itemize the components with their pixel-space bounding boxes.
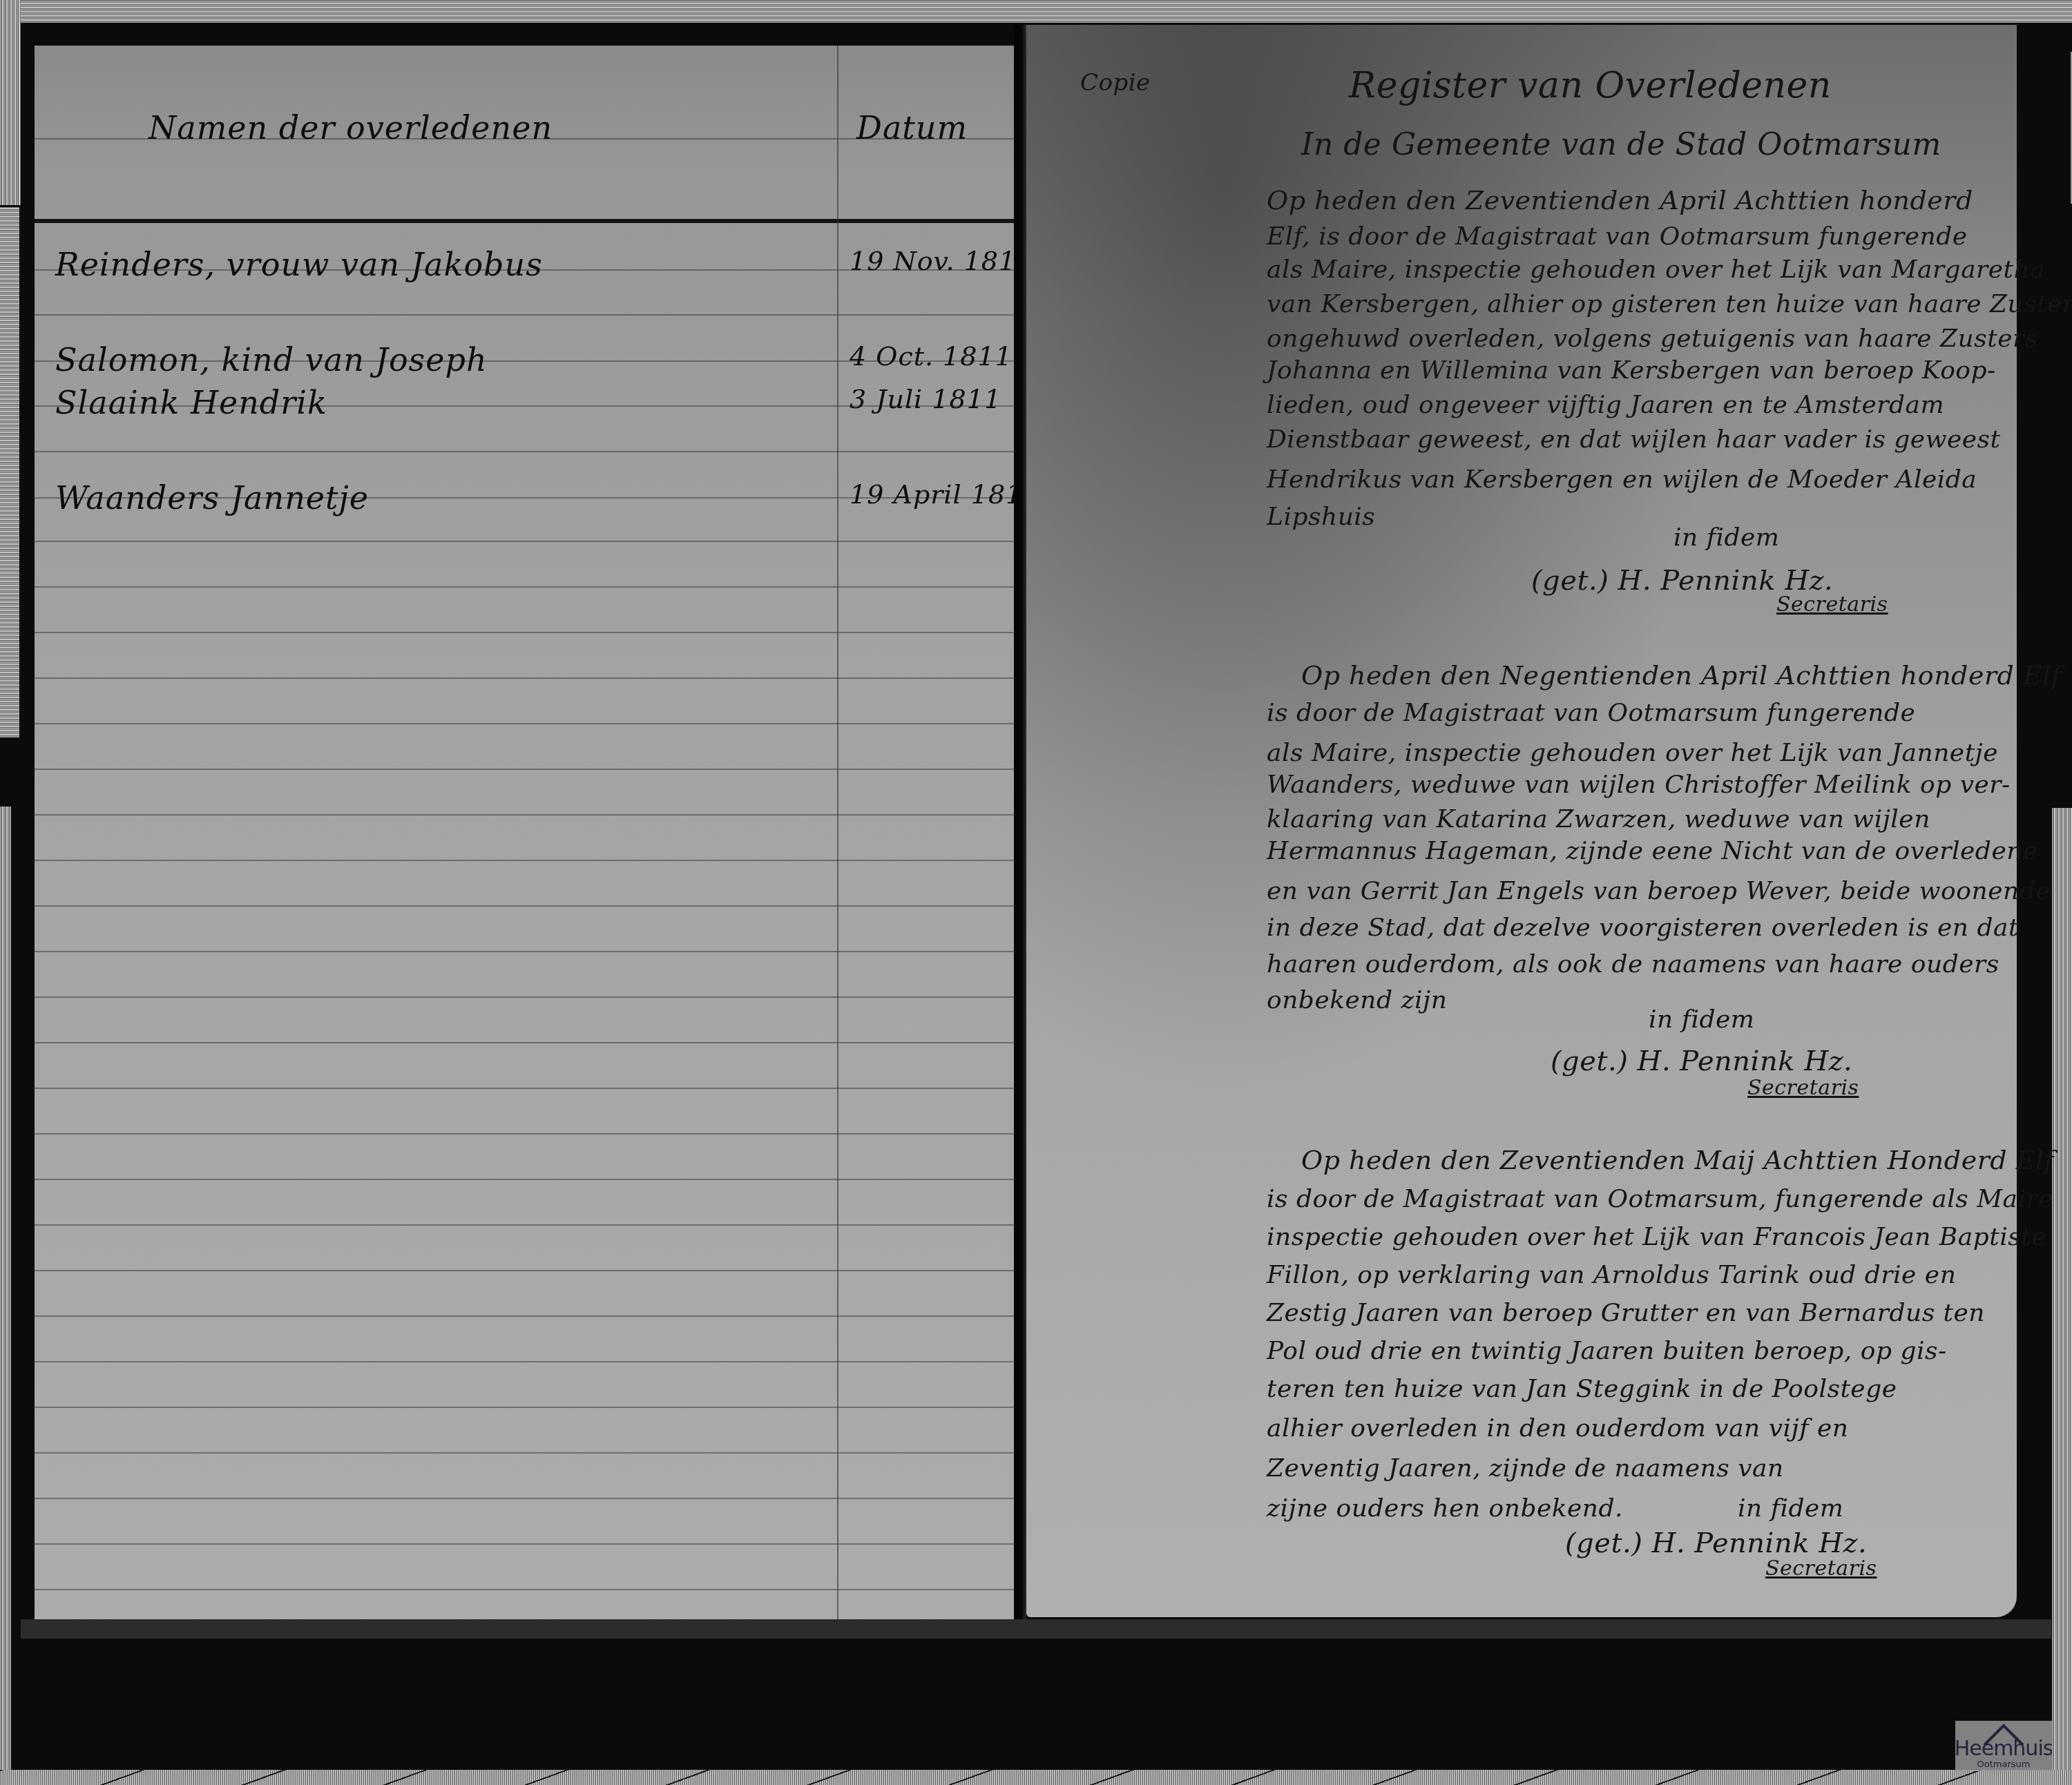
date-column-header: Datum xyxy=(856,109,968,146)
record-line: Lipshuis xyxy=(1267,503,1375,531)
ruled-line xyxy=(35,1361,1014,1362)
ruled-line xyxy=(35,1133,1014,1135)
record-line: Zeventig Jaaren, zijnde de naamens van xyxy=(1267,1454,1784,1483)
record-line: als Maire, inspectie gehouden over het L… xyxy=(1267,255,2045,284)
entry-date: 19 Nov. 1811 xyxy=(850,246,1033,276)
register-title: Register van Overledenen xyxy=(1349,65,1832,106)
scan-noise-right-lower xyxy=(2052,808,2072,1785)
scan-noise-left-upper xyxy=(0,0,21,205)
signature: (get.) H. Pennink Hz. xyxy=(1565,1527,1867,1559)
ruled-line xyxy=(35,905,1014,907)
record-line: teren ten huize van Jan Steggink in de P… xyxy=(1267,1375,1897,1403)
closing-formula: in fidem xyxy=(1673,523,1779,552)
ruled-line xyxy=(35,1224,1014,1226)
register-subtitle: In de Gemeente van de Stad Ootmarsum xyxy=(1301,127,1941,162)
record-line: en van Gerrit Jan Engels van beroep Weve… xyxy=(1267,877,2051,905)
header-separator xyxy=(35,219,1014,223)
scan-noise-bottom xyxy=(0,1770,2072,1785)
record-line: is door de Magistraat van Ootmarsum, fun… xyxy=(1267,1185,2053,1213)
ruled-line xyxy=(35,451,1014,452)
record-line: Dienstbaar geweest, en dat wijlen haar v… xyxy=(1267,425,2001,454)
record-line: Johanna en Willemina van Kersbergen van … xyxy=(1267,356,1996,385)
ruled-line xyxy=(35,860,1014,861)
record-line: zijne ouders hen onbekend. xyxy=(1267,1494,1623,1523)
ruled-line xyxy=(35,1270,1014,1271)
ruled-line xyxy=(35,1452,1014,1454)
ruled-line xyxy=(35,814,1014,816)
signature: (get.) H. Pennink Hz. xyxy=(1551,1045,1852,1077)
entry-name: Waanders Jannetje xyxy=(55,479,369,517)
ruled-line xyxy=(35,1543,1014,1545)
names-column-header: Namen der overledenen xyxy=(148,109,553,146)
ruled-line xyxy=(35,1407,1014,1408)
record-line: van Kersbergen, alhier op gisteren ten h… xyxy=(1267,290,2072,318)
ruled-line xyxy=(35,541,1014,542)
record-line: Pol oud drie en twintig Jaaren buiten be… xyxy=(1267,1337,1947,1365)
record-line: is door de Magistraat van Ootmarsum fung… xyxy=(1267,699,1915,727)
record-line: Op heden den Zeventienden April Achttien… xyxy=(1267,185,1973,215)
heemhuis-watermark: Heemhuis Ootmarsum xyxy=(1955,1721,2052,1771)
signature-title: Secretaris xyxy=(1765,1556,1877,1581)
ruled-line xyxy=(35,677,1014,679)
record-line: Fillon, op verklaring van Arnoldus Tarin… xyxy=(1267,1261,1956,1289)
ruled-line xyxy=(35,632,1014,633)
ruled-line xyxy=(35,1088,1014,1089)
entry-name: Salomon, kind van Joseph xyxy=(55,341,488,378)
ruled-line xyxy=(35,1498,1014,1499)
scan-noise-left-lower xyxy=(0,807,11,1785)
watermark-place: Ootmarsum xyxy=(1977,1759,2031,1770)
entry-date: 19 April 1811 xyxy=(850,479,1040,510)
ruled-line xyxy=(35,1042,1014,1043)
closing-formula: in fidem xyxy=(1649,1005,1754,1034)
page-shadow-band xyxy=(21,1619,2051,1639)
record-line: Op heden den Negentienden April Achttien… xyxy=(1301,660,2061,691)
record-line: inspectie gehouden over het Lijk van Fra… xyxy=(1267,1223,2046,1251)
record-line: onbekend zijn xyxy=(1267,986,1447,1014)
record-line: ongehuwd overleden, volgens getuigenis v… xyxy=(1267,325,2038,353)
margin-note: Copie xyxy=(1080,69,1151,97)
entry-date: 3 Juli 1811 xyxy=(850,384,1001,414)
record-line: Hermannus Hageman, zijnde eene Nicht van… xyxy=(1267,837,2038,865)
closing-formula: in fidem xyxy=(1738,1494,1843,1523)
record-line: haaren ouderdom, als ook de naamens van … xyxy=(1267,950,1999,978)
ruled-line xyxy=(35,586,1014,588)
ruled-line xyxy=(35,1315,1014,1317)
record-line: Elf, is door de Magistraat van Ootmarsum… xyxy=(1267,222,1968,251)
entry-date: 4 Oct. 1811 xyxy=(850,341,1013,372)
record-line: lieden, oud ongeveer vijftig Jaaren en t… xyxy=(1267,391,1944,419)
record-line: Op heden den Zeventienden Maij Achttien … xyxy=(1301,1145,2054,1175)
entry-name: Slaaink Hendrik xyxy=(55,384,327,421)
record-line: Hendrikus van Kersbergen en wijlen de Mo… xyxy=(1267,465,1977,494)
record-line: in deze Stad, dat dezelve voorgisteren o… xyxy=(1267,914,2019,942)
record-line: als Maire, inspectie gehouden over het L… xyxy=(1267,739,1998,767)
entry-name: Reinders, vrouw van Jakobus xyxy=(55,246,543,283)
column-divider xyxy=(837,46,838,1619)
record-line: alhier overleden in den ouderdom van vij… xyxy=(1267,1414,1849,1443)
ruled-line xyxy=(35,1179,1014,1180)
signature-title: Secretaris xyxy=(1776,592,1888,617)
death-register-page: Copie Register van Overledenen In de Gem… xyxy=(1026,25,2017,1617)
ruled-line xyxy=(35,769,1014,770)
scan-noise-top xyxy=(0,0,2072,23)
record-line: Waanders, weduwe van wijlen Christoffer … xyxy=(1267,771,2011,799)
scan-noise-left-middle xyxy=(0,207,19,737)
record-line: Zestig Jaaren van beroep Grutter en van … xyxy=(1267,1299,1985,1327)
book-gutter xyxy=(1014,25,1026,1619)
ruled-line xyxy=(35,1589,1014,1590)
ruled-line xyxy=(35,996,1014,998)
signature-title: Secretaris xyxy=(1747,1076,1859,1100)
ruled-line xyxy=(35,951,1014,952)
record-line: klaaring van Katarina Zwarzen, weduwe va… xyxy=(1267,805,1930,833)
ruled-line xyxy=(35,314,1014,316)
index-ledger-page: Namen der overledenen Datum Reinders, vr… xyxy=(35,46,1014,1619)
ruled-line xyxy=(35,723,1014,724)
